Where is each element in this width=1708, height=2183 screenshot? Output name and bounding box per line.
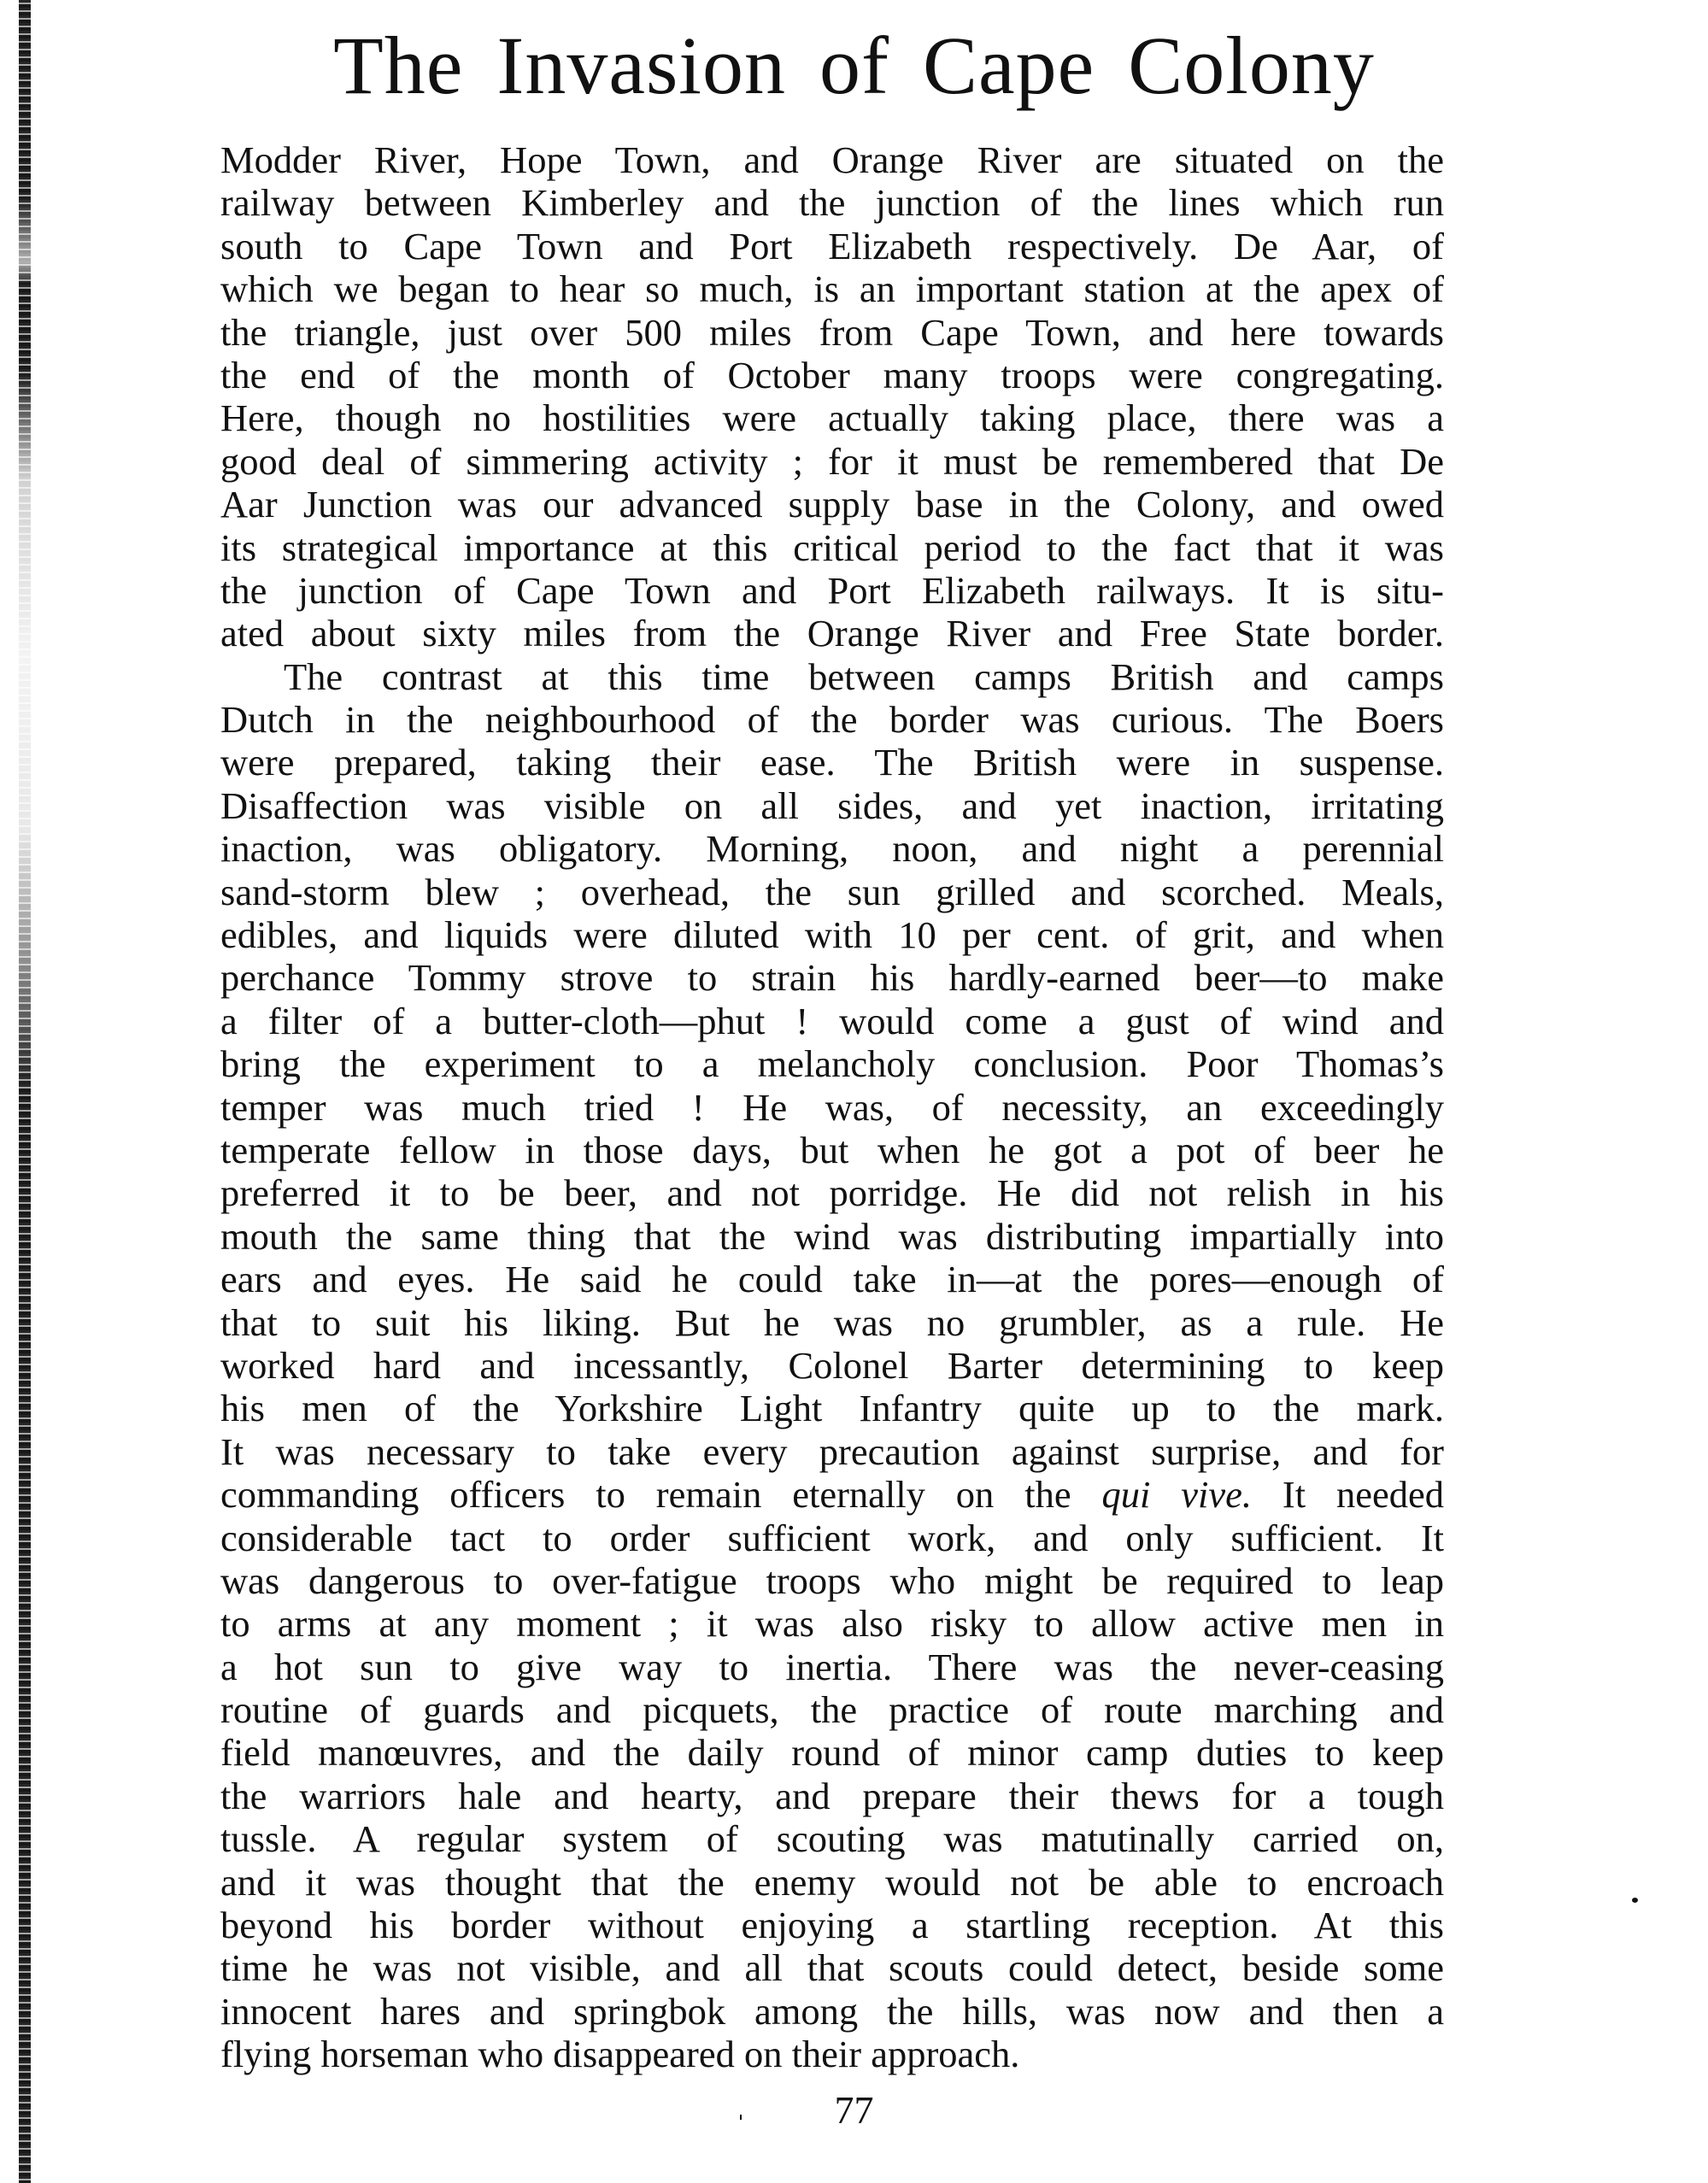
text-line: ears and eyes. He said he could take in—… <box>220 1258 1444 1300</box>
text-line: routine of guards and picquets, the prac… <box>220 1688 1444 1731</box>
text-line: flying horseman who disappeared on their… <box>220 2033 1444 2075</box>
page-title: The Invasion of Cape Colony <box>0 19 1708 113</box>
text-line: tussle. A regular system of scouting was… <box>220 1817 1444 1860</box>
text-line: Modder River, Hope Town, and Orange Rive… <box>220 138 1444 181</box>
text-line: to arms at any moment ; it was also risk… <box>220 1602 1444 1645</box>
text-line: its strategical importance at this criti… <box>220 526 1444 569</box>
text-line: a filter of a butter-cloth—phut ! would … <box>220 1000 1444 1042</box>
text-line: a hot sun to give way to inertia. There … <box>220 1646 1444 1688</box>
page-number: 77 <box>0 2085 1708 2136</box>
text-line: that to suit his liking. But he was no g… <box>220 1301 1444 1344</box>
text-line: mouth the same thing that the wind was d… <box>220 1215 1444 1258</box>
paragraph-2: The contrast at this time between camps … <box>220 655 1444 2076</box>
text-line: innocent hares and springbok among the h… <box>220 1990 1444 2033</box>
text-line: bring the experiment to a melancholy con… <box>220 1042 1444 1085</box>
italic-phrase: qui vive. <box>1101 1473 1252 1516</box>
text-line: temper was much tried ! He was, of neces… <box>220 1086 1444 1129</box>
text-line: field manœuvres, and the daily round of … <box>220 1731 1444 1774</box>
scan-speck <box>1632 1898 1638 1903</box>
text-line: the end of the month of October many tro… <box>220 354 1444 396</box>
text-line: south to Cape Town and Port Elizabeth re… <box>220 225 1444 267</box>
text-line: which we began to hear so much, is an im… <box>220 267 1444 310</box>
text-line-with-italic: commanding officers to remain eternally … <box>220 1473 1444 1516</box>
text-segment: It needed <box>1252 1473 1444 1516</box>
text-line: good deal of simmering activity ; for it… <box>220 440 1444 483</box>
body-text: Modder River, Hope Town, and Orange Rive… <box>220 138 1444 2076</box>
text-line: edibles, and liquids were diluted with 1… <box>220 913 1444 956</box>
text-line: Aar Junction was our advanced supply bas… <box>220 483 1444 525</box>
text-line: temperate fellow in those days, but when… <box>220 1129 1444 1171</box>
text-line: railway between Kimberley and the juncti… <box>220 181 1444 224</box>
text-line: time he was not visible, and all that sc… <box>220 1946 1444 1989</box>
text-line: considerable tact to order sufficient wo… <box>220 1517 1444 1559</box>
text-line: inaction, was obligatory. Morning, noon,… <box>220 827 1444 870</box>
text-line: was dangerous to over-fatigue troops who… <box>220 1559 1444 1602</box>
text-line: his men of the Yorkshire Light Infantry … <box>220 1387 1444 1429</box>
scan-speck <box>740 2115 742 2120</box>
text-line: the triangle, just over 500 miles from C… <box>220 311 1444 354</box>
text-line: worked hard and incessantly, Colonel Bar… <box>220 1344 1444 1387</box>
text-line: beyond his border without enjoying a sta… <box>220 1904 1444 1946</box>
text-line: preferred it to be beer, and not porridg… <box>220 1171 1444 1214</box>
text-line: It was necessary to take every precautio… <box>220 1430 1444 1473</box>
text-line: the junction of Cape Town and Port Eliza… <box>220 569 1444 612</box>
text-line: ated about sixty miles from the Orange R… <box>220 612 1444 654</box>
text-line: Dutch in the neighbourhood of the border… <box>220 698 1444 741</box>
text-line: were prepared, taking their ease. The Br… <box>220 741 1444 783</box>
text-line: perchance Tommy strove to strain his har… <box>220 956 1444 999</box>
text-line: The contrast at this time between camps … <box>220 655 1444 698</box>
text-line: the warriors hale and hearty, and prepar… <box>220 1775 1444 1817</box>
text-line: and it was thought that the enemy would … <box>220 1861 1444 1904</box>
paragraph-1: Modder River, Hope Town, and Orange Rive… <box>220 138 1444 655</box>
binding-edge-shadow <box>19 0 31 2183</box>
text-line: sand-storm blew ; overhead, the sun gril… <box>220 871 1444 913</box>
text-line: Disaffection was visible on all sides, a… <box>220 784 1444 827</box>
text-segment: commanding officers to remain eternally … <box>220 1473 1101 1516</box>
text-line: Here, though no hostilities were actuall… <box>220 396 1444 439</box>
